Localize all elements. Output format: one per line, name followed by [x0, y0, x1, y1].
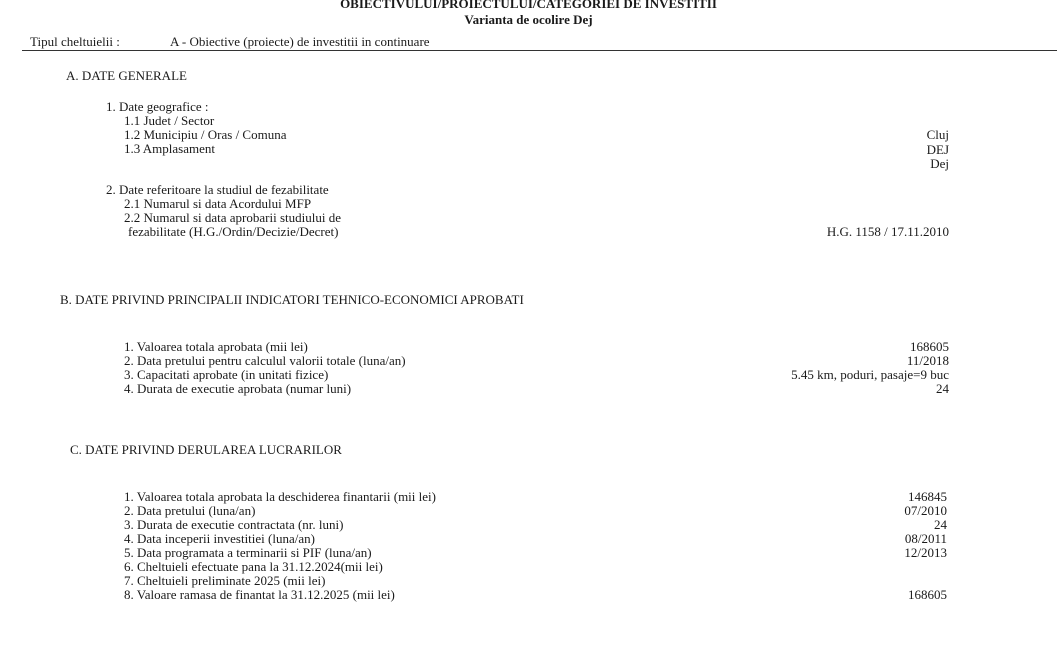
indicator-value: 11/2018	[907, 354, 949, 368]
indicator-label: 4. Durata de executie aprobata (numar lu…	[124, 382, 351, 396]
progress-label: 4. Data inceperii investitiei (luna/an)	[124, 532, 315, 546]
indicator-value: 24	[936, 382, 949, 396]
geo-title: 1. Date geografice :	[106, 100, 209, 114]
indicator-label: 2. Data pretului pentru calculul valorii…	[124, 354, 406, 368]
progress-value: 12/2013	[904, 546, 947, 560]
indicator-label: 1. Valoarea totala aprobata (mii lei)	[124, 340, 308, 354]
progress-label: 5. Data programata a terminarii si PIF (…	[124, 546, 372, 560]
indicator-label: 3. Capacitati aprobate (in unitati fizic…	[124, 368, 328, 382]
document-title: OBIECTIVULUI/PROIECTULUI/CATEGORIEI DE I…	[0, 0, 1057, 11]
progress-value: 24	[934, 518, 947, 532]
section-b-heading: B. DATE PRIVIND PRINCIPALII INDICATORI T…	[60, 292, 524, 307]
section-c-heading: C. DATE PRIVIND DERULAREA LUCRARILOR	[70, 442, 342, 457]
progress-value: 168605	[908, 588, 947, 602]
indicator-value: 168605	[910, 340, 949, 354]
geo-item-value: Dej	[930, 157, 949, 171]
progress-label: 3. Durata de executie contractata (nr. l…	[124, 518, 343, 532]
progress-label: 1. Valoarea totala aprobata la deschider…	[124, 490, 436, 504]
feasibility-title: 2. Date referitoare la studiul de fezabi…	[106, 183, 329, 197]
expense-type-label: Tipul cheltuielii :	[30, 34, 120, 49]
geo-item-label: 1.1 Judet / Sector	[124, 114, 214, 128]
header-divider	[22, 50, 1057, 51]
expense-type-value: A - Obiective (proiecte) de investitii i…	[170, 34, 430, 49]
feasibility-item-value: H.G. 1158 / 17.11.2010	[827, 225, 949, 239]
geo-item-value: Cluj	[927, 128, 949, 142]
progress-value: 08/2011	[905, 532, 947, 546]
progress-label: 7. Cheltuieli preliminate 2025 (mii lei)	[124, 574, 325, 588]
geo-item-label: 1.3 Amplasament	[124, 142, 215, 156]
feasibility-item-label: 2.2 Numarul si data aprobarii studiului …	[124, 211, 341, 225]
geo-item-label: 1.2 Municipiu / Oras / Comuna	[124, 128, 287, 142]
progress-value: 07/2010	[904, 504, 947, 518]
feasibility-item-label-cont: fezabilitate (H.G./Ordin/Decizie/Decret)	[128, 225, 338, 239]
progress-value: 146845	[908, 490, 947, 504]
indicator-value: 5.45 km, poduri, pasaje=9 buc	[791, 368, 949, 382]
document-subtitle: Varianta de ocolire Dej	[0, 12, 1057, 27]
section-a-heading: A. DATE GENERALE	[66, 68, 187, 83]
progress-label: 8. Valoare ramasa de finantat la 31.12.2…	[124, 588, 395, 602]
feasibility-item-label: 2.1 Numarul si data Acordului MFP	[124, 197, 311, 211]
progress-label: 6. Cheltuieli efectuate pana la 31.12.20…	[124, 560, 383, 574]
geo-item-value: DEJ	[927, 143, 949, 157]
progress-label: 2. Data pretului (luna/an)	[124, 504, 255, 518]
